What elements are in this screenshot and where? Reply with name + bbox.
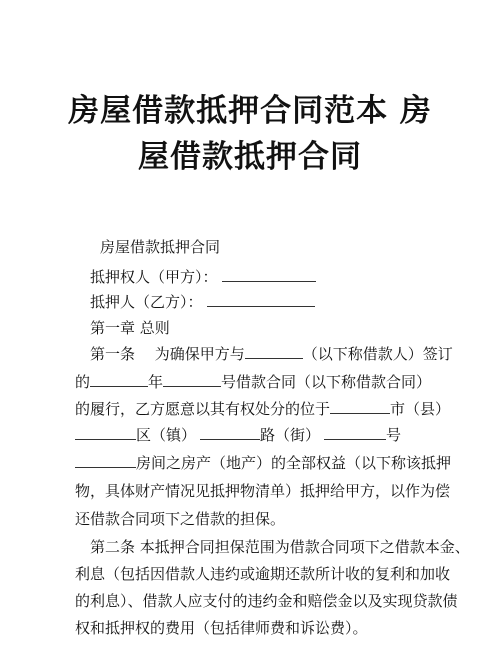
year-blank	[90, 372, 148, 387]
city-blank	[330, 399, 390, 414]
text: 号	[386, 426, 401, 444]
article-1-line-5: 房间之房产（地产）的全部权益（以下称该抵押	[75, 453, 451, 473]
title-line-2: 屋借款抵押合同	[0, 134, 500, 180]
text: 第一条 为确保甲方与	[90, 345, 245, 363]
text: 房间之房产（地产）的全部权益（以下称该抵押	[136, 454, 451, 472]
mortgagor-row: 抵押人（乙方）：	[90, 292, 315, 312]
district-blank	[75, 425, 136, 440]
contract-subtitle: 房屋借款抵押合同	[100, 237, 220, 257]
text: 年	[148, 373, 163, 391]
article-1-line-6: 物，具体财产情况见抵押物清单）抵押给甲方，以作为偿	[75, 481, 450, 501]
title-line-1: 房屋借款抵押合同范本 房	[0, 88, 500, 134]
article-1-line-7: 还借款合同项下之借款的担保。	[75, 509, 285, 529]
article-2-line-4: 权和抵押权的费用（包括律师费和诉讼费）。	[75, 618, 368, 638]
text: 区（镇）	[136, 426, 196, 444]
mortgagor-blank	[207, 292, 315, 307]
text: 的履行，乙方愿意以其有权处分的位于	[75, 400, 330, 418]
mortgagee-blank	[222, 267, 316, 282]
mortgagee-label: 抵押权人（甲方）：	[90, 268, 218, 286]
text: 市（县）	[390, 400, 450, 418]
chapter-1-heading: 第一章 总则	[90, 318, 170, 338]
article-1-line-4: 区（镇）路（街）号	[75, 425, 401, 445]
article-2-line-1: 第二条 本抵押合同担保范围为借款合同项下之借款本金、	[90, 537, 470, 557]
article-1-line-3: 的履行，乙方愿意以其有权处分的位于市（县）	[75, 399, 450, 419]
article-2-line-3: 的利息）、借款人应支付的违约金和赔偿金以及实现贷款债	[75, 591, 458, 611]
mortgagee-row: 抵押权人（甲方）：	[90, 267, 316, 287]
document-title: 房屋借款抵押合同范本 房 屋借款抵押合同	[0, 88, 500, 180]
road-blank	[200, 425, 260, 440]
article-2-line-2: 利息（包括因借款人违约或逾期还款所计收的复利和加收	[75, 564, 450, 584]
text: 的	[75, 373, 90, 391]
borrower-blank	[245, 344, 303, 359]
text: （以下称借款人）签订	[303, 345, 453, 363]
contract-number-blank	[163, 372, 221, 387]
text: 路（街）	[260, 426, 320, 444]
article-1-line-2: 的年号借款合同（以下称借款合同）	[75, 372, 431, 392]
number-blank	[324, 425, 386, 440]
mortgagor-label: 抵押人（乙方）：	[90, 293, 203, 311]
article-1-line-1: 第一条 为确保甲方与（以下称借款人）签订	[90, 344, 453, 364]
room-blank	[75, 453, 136, 468]
text: 号借款合同（以下称借款合同）	[221, 373, 431, 391]
